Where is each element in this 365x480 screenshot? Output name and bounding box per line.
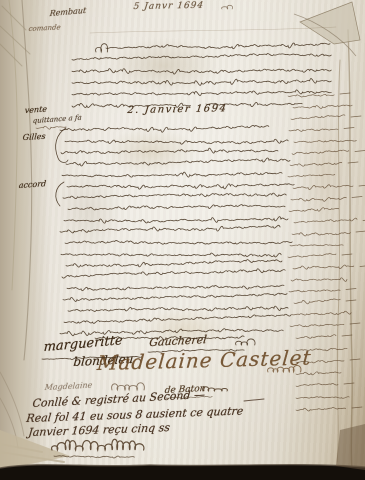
paper-stain: [108, 38, 220, 94]
section-date-heading: 2. Janvier 1694: [127, 104, 228, 116]
signature-gaucherel: Gaucherel: [149, 334, 208, 348]
signature-madelaine-castelet: Madelaine Castelet: [96, 347, 312, 373]
paper-stain: [58, 168, 122, 254]
margin-note-vente: vente: [24, 105, 47, 115]
paper-stain: [104, 128, 198, 176]
header-date: 5 Janvr 1694: [133, 2, 205, 12]
margin-note-gilles: Gilles: [22, 133, 46, 142]
manuscript-scan: 5 Janvr 1694 Rembaut comande vente quitt…: [0, 0, 365, 480]
paper-stain: [296, 96, 352, 246]
